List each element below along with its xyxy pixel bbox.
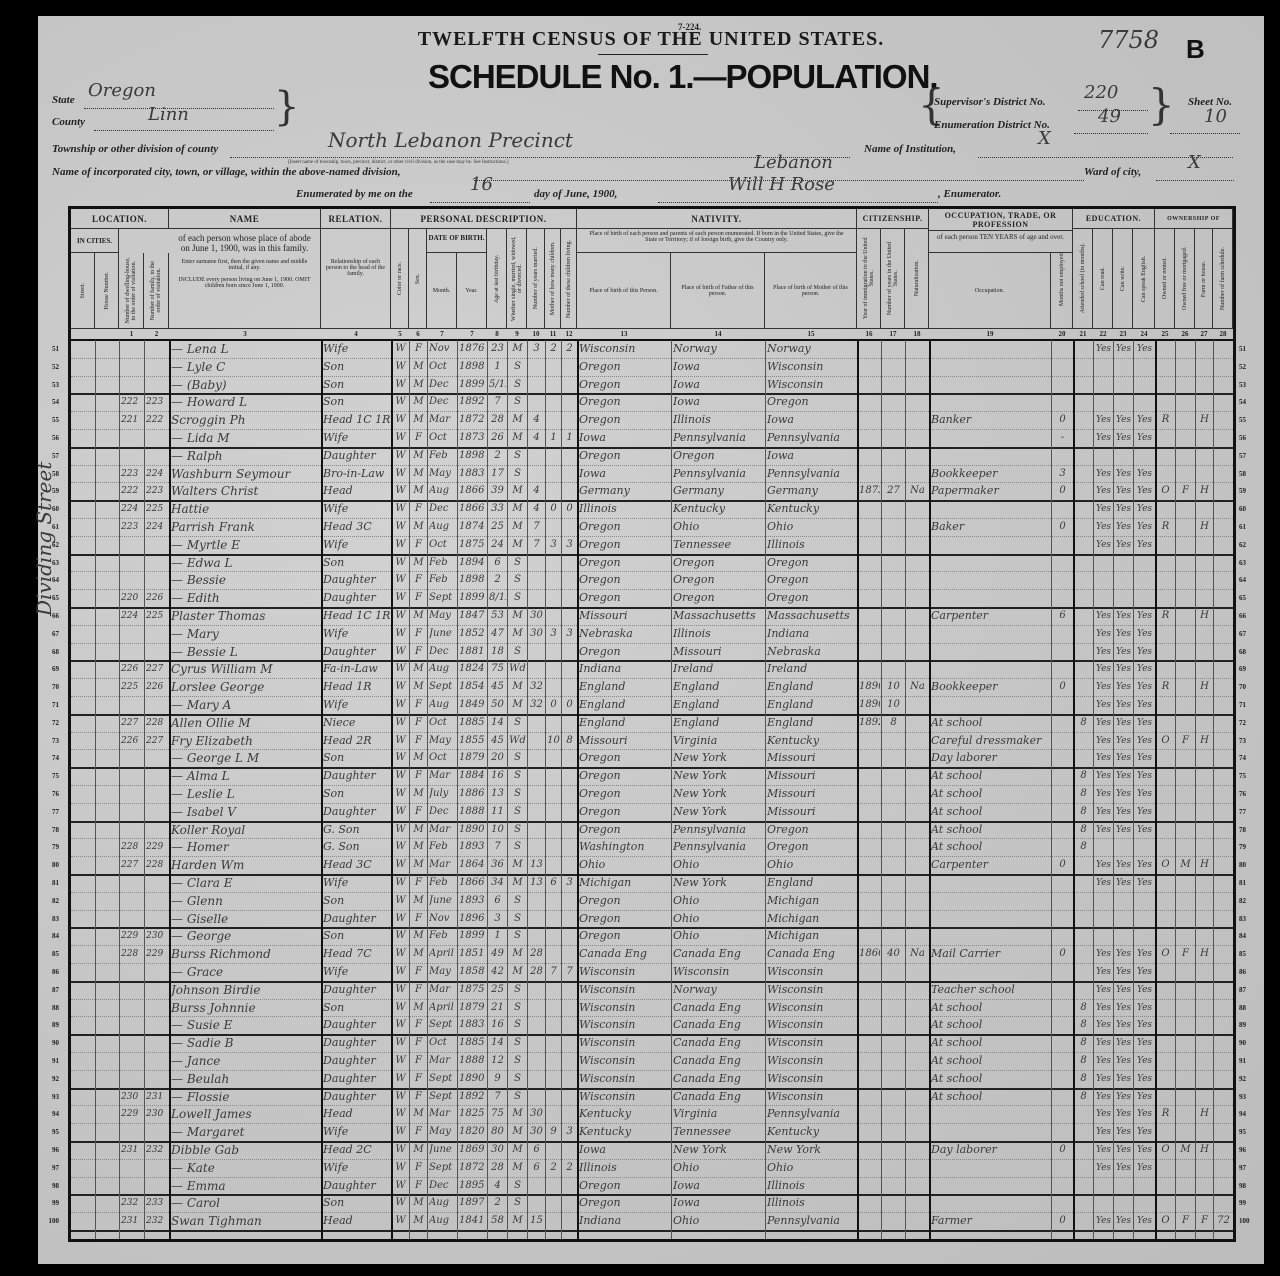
cell-mc [547,678,560,696]
cell-fam: 223 [146,482,168,500]
cell-wr: Yes [1115,981,1132,999]
cell-rd [1095,927,1112,945]
cell-race: W [393,963,408,981]
cell-name: — (Baby) [171,376,320,394]
cell-fm [1177,838,1194,856]
cell-imm [859,1016,880,1034]
cell-ms: M [509,607,526,625]
line-number-right: 55 [1239,416,1253,424]
cell-fh [1197,821,1212,839]
cell-mb: Oregon [767,589,856,607]
cell-en: Yes [1135,999,1154,1017]
cell-fam [146,1016,168,1034]
cell-mc: 10 [547,732,560,750]
cell-age: 28 [489,1159,506,1177]
column-divider [929,340,931,1239]
cell-own [1157,447,1174,465]
cell-pb: Oregon [579,821,670,839]
cell-yus [883,589,904,607]
cell-age: 3 [489,910,506,928]
cell-imm [859,1141,880,1159]
cell-own [1157,785,1174,803]
cell-sch [1075,874,1092,892]
cell-fb: Canada Eng [673,999,764,1017]
cell-yus [883,821,904,839]
cell-mne [1053,660,1072,678]
cell-mc [547,821,560,839]
cell-nat: Na [907,678,928,696]
cell-cl [563,482,576,500]
cell-cl [563,1177,576,1195]
cell-imm: 1890 [859,678,880,696]
cell-nat [907,749,928,767]
cell-mb: Massachusetts [767,607,856,625]
cell-ms: M [509,482,526,500]
column-divider [1155,340,1157,1239]
cell-dw [121,696,143,714]
cell-occ [931,429,1050,447]
cell-sex: M [411,358,426,376]
cell-own [1157,1088,1174,1106]
cell-fh [1197,910,1212,928]
line-number-left: 90 [45,1039,59,1047]
cell-mc [547,1212,560,1230]
cell-yus: 10 [883,678,904,696]
cell-age: 33 [489,500,506,518]
cell-occ [931,571,1050,589]
cell-sex: M [411,447,426,465]
cell-own: O [1157,732,1174,750]
cell-en: Yes [1135,625,1154,643]
cell-cl: 3 [563,1123,576,1141]
cell-race: W [393,1123,408,1141]
cell-cl [563,1141,576,1159]
line-number-left: 93 [45,1093,59,1101]
cell-imm [859,625,880,643]
cell-yus [883,607,904,625]
line-number-right: 59 [1239,487,1253,495]
column-header-label: Place of birth of Mother of this person. [765,283,856,299]
cell-mne: - [1053,429,1072,447]
name-note-2: INCLUDE every person living on June 1, 1… [175,277,314,289]
cell-nat [907,999,928,1017]
cell-rd: Yes [1095,1212,1112,1230]
cell-fam [146,696,168,714]
column-header-label: Year of immigration to the United States… [863,234,875,323]
cell-own [1157,1194,1174,1212]
table-row: — Edwa LSonWMFeb18946SOregonOregonOregon [71,554,1233,573]
line-number-left: 85 [45,950,59,958]
cell-sch [1075,1105,1092,1123]
cell-mb: Missouri [767,767,856,785]
cell-mb: Wisconsin [767,358,856,376]
cell-mo: June [429,1141,456,1159]
cell-ym: 28 [529,963,544,981]
cell-cl [563,1052,576,1070]
institution-label: Name of Institution, [864,143,956,155]
cell-sex: M [411,838,426,856]
cell-dw [121,625,143,643]
cell-name: — Lyle C [171,358,320,376]
cell-age: 24 [489,536,506,554]
column-divider [427,340,428,1239]
cell-mb: Wisconsin [767,999,856,1017]
header-ownership: OWNERSHIP OF HOME. [1155,209,1233,229]
cell-mc [547,554,560,572]
column-header-7: Month. [427,253,457,329]
cell-pb: Iowa [579,429,670,447]
cell-pb: Kentucky [579,1105,670,1123]
cell-sex: F [411,1016,426,1034]
cell-en [1135,1194,1154,1212]
cell-cl [563,785,576,803]
cell-fs [1215,358,1232,376]
cell-dw: 222 [121,393,143,411]
cell-sch [1075,1177,1092,1195]
cell-fh [1197,589,1212,607]
cell-sch [1075,1123,1092,1141]
cell-ms: S [509,999,526,1017]
cell-cl [563,910,576,928]
cell-ym [529,910,544,928]
cell-ym [529,1016,544,1034]
cell-en: Yes [1135,1159,1154,1177]
column-number: 5 [391,330,409,338]
cell-dw: 231 [121,1141,143,1159]
cell-mb: Kentucky [767,732,856,750]
cell-rel: Son [323,358,390,376]
cell-mne [1053,910,1072,928]
cell-imm [859,554,880,572]
cell-wr: Yes [1115,1159,1132,1177]
line-number-right: 76 [1239,790,1253,798]
cell-pb: Oregon [579,376,670,394]
cell-ms: M [509,625,526,643]
cell-dw: 223 [121,465,143,483]
cell-imm [859,1070,880,1088]
cell-rd [1095,376,1112,394]
cell-fam [146,999,168,1017]
cell-fm [1177,803,1194,821]
cell-age: 34 [489,874,506,892]
cell-pb: Oregon [579,892,670,910]
cell-rel: Wife [323,963,390,981]
cell-fs [1215,803,1232,821]
cell-mo: Dec [429,393,456,411]
cell-mne [1053,821,1072,839]
column-number: 26 [1175,330,1195,338]
cell-sex: M [411,518,426,536]
cell-mb: Pennsylvania [767,1105,856,1123]
cell-pb: Oregon [579,910,670,928]
table-row: — Clara EWifeWFFeb186634M1363MichiganNew… [71,874,1233,893]
cell-occ: Teacher school [931,981,1050,999]
cell-fam: 230 [146,1105,168,1123]
cell-mo: Feb [429,571,456,589]
cell-sch [1075,500,1092,518]
column-header-9: Whether single, married, widowed, or div… [507,229,527,329]
cell-rel: Head [323,482,390,500]
cell-fam: 224 [146,518,168,536]
line-number-right: 87 [1239,986,1253,994]
column-divider [905,340,906,1239]
column-header-x1: House Number. [95,253,119,329]
cell-mne [1053,625,1072,643]
cell-ms: S [509,927,526,945]
cell-own [1157,1052,1174,1070]
cell-race: W [393,589,408,607]
cell-yr: 1898 [459,447,486,465]
cell-mne [1053,643,1072,661]
cell-name: — Homer [171,838,320,856]
column-number: 16 [857,330,881,338]
line-number-right: 83 [1239,915,1253,923]
cell-race: W [393,465,408,483]
cell-race: W [393,607,408,625]
cell-mne: 0 [1053,945,1072,963]
table-row: 231232Dibble GabHead 2CWMJune186930M6Iow… [71,1141,1233,1160]
cell-ym [529,999,544,1017]
cell-rd: Yes [1095,821,1112,839]
cell-mne [1053,1034,1072,1052]
cell-cl: 1 [563,429,576,447]
cell-en [1135,447,1154,465]
column-header-14: Place of birth of Father of this person. [671,253,765,329]
cell-fs [1215,732,1232,750]
cell-fm [1177,340,1194,358]
cell-ms: M [509,678,526,696]
cell-dw [121,1016,143,1034]
cell-fh [1197,892,1212,910]
cell-ms: S [509,1088,526,1106]
cell-rel: Head 1C 1R [323,607,390,625]
cell-en: Yes [1135,856,1154,874]
cell-name: — Carol [171,1194,320,1212]
cell-mc: 0 [547,696,560,714]
cell-yr: 1898 [459,358,486,376]
cell-ym: 4 [529,482,544,500]
cell-rd [1095,1194,1112,1212]
cell-fam [146,643,168,661]
cell-fb: Ohio [673,856,764,874]
cell-age: 12 [489,1052,506,1070]
table-row: 228229Burss RichmondHead 7CWMApril185149… [71,945,1233,964]
cell-fam: 228 [146,856,168,874]
cell-yus [883,749,904,767]
cell-sch: 8 [1075,1034,1092,1052]
cell-mo: May [429,963,456,981]
column-number: 13 [577,330,671,338]
column-header-12: Number of these children living. [561,229,577,329]
line-number-right: 70 [1239,683,1253,691]
cell-ms: S [509,1194,526,1212]
cell-mc [547,1141,560,1159]
cell-yr: 1825 [459,1105,486,1123]
institution-value: X [1038,128,1051,149]
cell-name: — George L M [171,749,320,767]
table-row: 226227Cyrus William MFa-in-LawWMAug18247… [71,660,1233,679]
cell-ym [529,1070,544,1088]
column-number: 10 [527,330,545,338]
cell-pb: Oregon [579,767,670,785]
table-row: — KateWifeWFSept187228M622IllinoisOhioOh… [71,1159,1233,1178]
cell-yus [883,411,904,429]
cell-fh [1197,696,1212,714]
column-header-label: Color or race. [397,234,403,323]
state-label: State [52,94,75,106]
column-divider [1213,340,1214,1239]
column-divider [321,340,323,1239]
cell-dw: 227 [121,856,143,874]
cell-sex: F [411,963,426,981]
cell-age: 6 [489,554,506,572]
cell-yus [883,1141,904,1159]
table-row: 222223— Howard LSonWMDec18927SOregonIowa… [71,393,1233,412]
cell-nat [907,447,928,465]
cell-occ: Bookkeeper [931,465,1050,483]
cell-en: Yes [1135,465,1154,483]
cell-wr: Yes [1115,821,1132,839]
cell-name: — Giselle [171,910,320,928]
line-number-right: 80 [1239,861,1253,869]
cell-fb: Kentucky [673,500,764,518]
cell-rel: Son [323,749,390,767]
cell-fm [1177,1016,1194,1034]
cell-yr: 1854 [459,678,486,696]
cell-wr: Yes [1115,874,1132,892]
cell-own [1157,340,1174,358]
cell-age: 1 [489,927,506,945]
cell-mc: 1 [547,429,560,447]
cell-wr [1115,927,1132,945]
cell-mc [547,482,560,500]
cell-ym: 30 [529,607,544,625]
cell-ym [529,732,544,750]
cell-own [1157,803,1174,821]
cell-occ: Farmer [931,1212,1050,1230]
cell-age: 23 [489,340,506,358]
cell-race: W [393,393,408,411]
cell-mo: Mar [429,981,456,999]
cell-own [1157,963,1174,981]
cell-nat [907,393,928,411]
cell-mb: Kentucky [767,1123,856,1141]
cell-ms: M [509,1212,526,1230]
cell-mb: England [767,714,856,732]
cell-fm: F [1177,1212,1194,1230]
cell-wr [1115,1194,1132,1212]
cell-rd: Yes [1095,1141,1112,1159]
cell-fs [1215,482,1232,500]
cell-fam [146,803,168,821]
header-name-desc: of each person whose place of abode on J… [169,229,321,329]
cell-sch [1075,465,1092,483]
schedule-title: SCHEDULE No. 1.—POPULATION. [428,58,938,96]
cell-rel: Daughter [323,1034,390,1052]
cell-rel: Wife [323,874,390,892]
cell-age: 28 [489,411,506,429]
cell-age: 30 [489,1141,506,1159]
column-divider [577,340,579,1239]
cell-sex: M [411,749,426,767]
name-desc: of each person whose place of abode on J… [175,233,314,253]
cell-dw [121,643,143,661]
cell-fs [1215,554,1232,572]
header-nativity: NATIVITY. [577,209,857,229]
cell-rd: Yes [1095,714,1112,732]
cell-mb: Illinois [767,1177,856,1195]
cell-fm: M [1177,1141,1194,1159]
cell-dw [121,571,143,589]
cell-dw [121,554,143,572]
cell-yus [883,803,904,821]
cell-fm [1177,927,1194,945]
cell-imm [859,1052,880,1070]
cell-yus [883,1052,904,1070]
cell-rd: Yes [1095,625,1112,643]
cell-fam [146,821,168,839]
cell-own: O [1157,482,1174,500]
line-number-left: 94 [45,1110,59,1118]
cell-cl [563,571,576,589]
cell-nat [907,571,928,589]
cell-mne [1053,981,1072,999]
cell-occ: Carpenter [931,607,1050,625]
column-header-16: Year of immigration to the United States… [857,229,881,329]
cell-fb: Iowa [673,1177,764,1195]
cell-mne [1053,1070,1072,1088]
cell-fm [1177,465,1194,483]
cell-rd: Yes [1095,500,1112,518]
line-number-right: 97 [1239,1164,1253,1172]
cell-own [1157,910,1174,928]
cell-fb: Ohio [673,910,764,928]
cell-fh [1197,874,1212,892]
cell-race: W [393,340,408,358]
cell-name: — Lida M [171,429,320,447]
cell-age: 7 [489,393,506,411]
cell-cl: 3 [563,536,576,554]
cell-mb: Canada Eng [767,945,856,963]
cell-fb: Illinois [673,411,764,429]
table-row: Johnson BirdieDaughterWFMar187525SWiscon… [71,981,1233,1000]
column-number: 18 [905,330,929,338]
cell-fm: F [1177,732,1194,750]
cell-pb: Oregon [579,643,670,661]
cell-sex: M [411,821,426,839]
cell-sex: F [411,1177,426,1195]
cell-own [1157,1070,1174,1088]
cell-race: W [393,927,408,945]
cell-rd: Yes [1095,429,1112,447]
cell-wr: Yes [1115,785,1132,803]
cell-dw: 230 [121,1088,143,1106]
census-sheet: 7-224. TWELFTH CENSUS OF THE UNITED STAT… [38,16,1264,1264]
cell-mne [1053,874,1072,892]
cell-race: W [393,767,408,785]
line-number-left: 84 [45,932,59,940]
cell-mo: Sept [429,1159,456,1177]
line-number-left: 98 [45,1182,59,1190]
cell-name: — Clara E [171,874,320,892]
cell-sch: 8 [1075,1052,1092,1070]
line-number-left: 51 [45,345,59,353]
cell-rel: Fa-in-Law [323,660,390,678]
cell-nat [907,500,928,518]
cell-race: W [393,660,408,678]
cell-nat [907,696,928,714]
cell-fs [1215,838,1232,856]
